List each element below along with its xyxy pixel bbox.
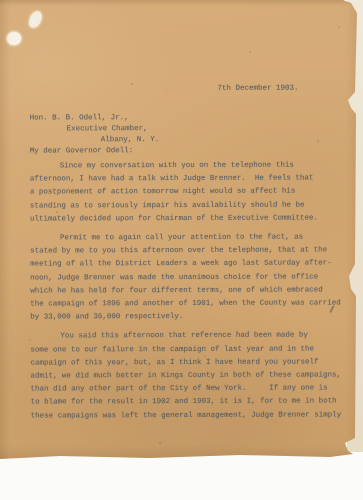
- letter-paper: 7th December 1903. Hon. B. B. Odell, Jr.…: [0, 0, 358, 461]
- body-line: to blame for the result in 1902 and 1903…: [31, 396, 349, 410]
- letter-body: Since my conversation with you on the te…: [30, 159, 349, 429]
- body-line: a postponement of action tomorrow night …: [30, 186, 348, 200]
- body-line: Permit me to again call your attention t…: [30, 231, 348, 245]
- body-line: admit, we did much better in Kings Count…: [30, 369, 348, 383]
- recipient-address: Hon. B. B. Odell, Jr., Executive Chamber…: [30, 113, 160, 146]
- body-line: stated by me to you this afternoon over …: [30, 245, 348, 259]
- letter-text: 7th December 1903. Hon. B. B. Odell, Jr.…: [0, 0, 359, 462]
- paragraph: You said this afternoon that reference h…: [30, 330, 348, 424]
- paragraph: Since my conversation with you on the te…: [30, 159, 348, 226]
- address-line: Executive Chamber,: [30, 124, 160, 135]
- body-line: campaign of this year, but, as I think I…: [30, 356, 348, 370]
- body-line: these campaigns was left the general man…: [31, 409, 349, 423]
- body-line: standing as to seriously impair his avai…: [30, 199, 348, 213]
- address-line: Albany, N. Y.: [30, 135, 160, 146]
- body-line: some one to our failure in the campaign …: [30, 343, 348, 357]
- body-line: by 33,000 and 36,000 respectively.: [30, 311, 348, 325]
- body-line: Since my conversation with you on the te…: [30, 159, 348, 173]
- body-line: meeting of all the District Leaders a we…: [30, 258, 348, 272]
- scanned-letter-page: 7th December 1903. Hon. B. B. Odell, Jr.…: [0, 0, 363, 500]
- body-line: You said this afternoon that reference h…: [30, 330, 348, 344]
- letter-date: 7th December 1903.: [217, 83, 298, 96]
- body-line: which he has held for four different ter…: [30, 284, 348, 298]
- address-line: Hon. B. B. Odell, Jr.,: [30, 113, 160, 124]
- body-line: afternoon, I have had a talk with Judge …: [30, 173, 348, 187]
- body-line: ultimately decided upon for Chairman of …: [30, 212, 348, 226]
- salutation: My dear Governor Odell:: [30, 145, 134, 159]
- paragraph: Permit me to again call your attention t…: [30, 231, 348, 325]
- body-line: than did any other part of the City of N…: [31, 383, 349, 397]
- body-line: noon, Judge Brenner was made the unanimo…: [30, 271, 348, 285]
- body-line: the campaign of 1896 and another of 1901…: [30, 297, 348, 311]
